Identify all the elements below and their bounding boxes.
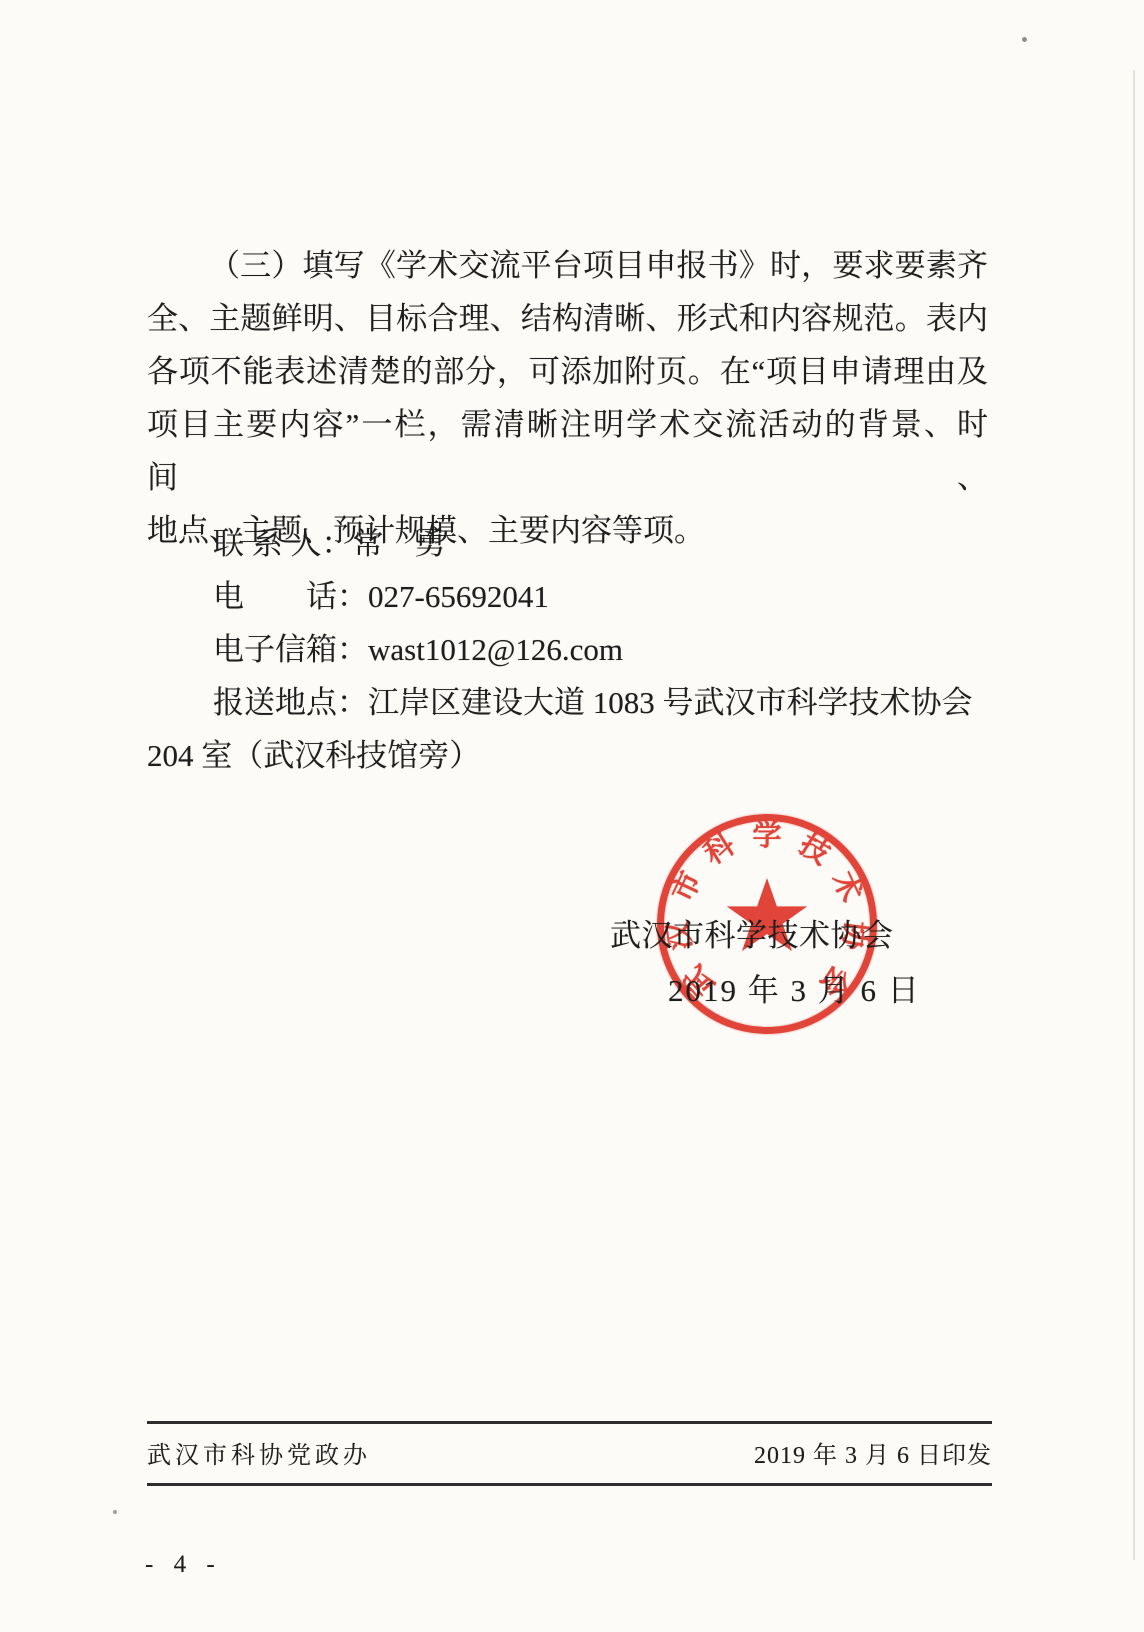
contact-address-label: 报送地点 [213, 685, 337, 720]
scan-dot-artifact [1022, 37, 1027, 42]
footer-rule-bottom [147, 1483, 992, 1486]
seal-ring-char: 术 [824, 864, 869, 909]
contact-phone-label: 电 话 [213, 579, 337, 614]
label-separator: ： [337, 685, 368, 720]
paragraph-line: 全、主题鲜明、目标合理、结构清晰、形式和内容规范。表内 [147, 292, 988, 345]
label-separator: ： [337, 579, 368, 614]
signature-date: 2019 年 3 月 6 日 [668, 972, 921, 1009]
paragraph-line: 各项不能表述清楚的部分，可添加附页。在“项目申请理由及 [147, 345, 988, 398]
scan-edge-artifact [1133, 70, 1135, 1560]
seal-ring-char: 科 [696, 826, 743, 873]
seal-ring-char: 学 [750, 819, 784, 853]
paragraph-line: 项目主要内容”一栏，需清晰注明学术交流活动的背景、时间、 [147, 398, 988, 504]
document-page: （三）填写《学术交流平台项目申报书》时，要求要素齐 全、主题鲜明、目标合理、结构… [0, 0, 1144, 1632]
page-number: - 4 - [145, 1551, 222, 1579]
contact-person-label: 联 系 人 [213, 526, 322, 561]
contact-email-value: wast1012@126.com [368, 632, 623, 667]
contact-phone-value: 027-65692041 [368, 579, 549, 614]
seal-ring-char: 技 [791, 826, 838, 873]
footer-rule-top [147, 1421, 992, 1424]
body-paragraph: （三）填写《学术交流平台项目申报书》时，要求要素齐 全、主题鲜明、目标合理、结构… [147, 239, 988, 557]
contact-address-line: 报送地点：江岸区建设大道 1083 号武汉市科学技术协会 [213, 676, 973, 729]
contact-phone-line: 电 话：027-65692041 [213, 570, 973, 623]
scan-dot-artifact [113, 1510, 117, 1514]
footer-print-date: 2019 年 3 月 6 日印发 [754, 1441, 992, 1471]
contact-email-line: 电子信箱：wast1012@126.com [213, 623, 973, 676]
contact-address-value: 江岸区建设大道 1083 号武汉市科学技术协会 [368, 685, 973, 720]
contact-email-label: 电子信箱 [213, 632, 337, 667]
contact-person-line: 联 系 人：常 勇 [213, 517, 973, 570]
contact-address-line2: 204 室（武汉科技馆旁） [147, 729, 973, 782]
footer-issuing-office: 武汉市科协党政办 [147, 1441, 371, 1471]
contact-person-value: 常 勇 [353, 526, 446, 561]
contact-block: 联 系 人：常 勇 电 话：027-65692041 电子信箱：wast1012… [213, 517, 973, 782]
seal-ring-char: 市 [665, 864, 710, 909]
signature-organization: 武汉市科学技术协会 [610, 917, 894, 954]
label-separator: ： [337, 632, 368, 667]
paragraph-line: （三）填写《学术交流平台项目申报书》时，要求要素齐 [147, 239, 988, 292]
footer: 武汉市科协党政办 2019 年 3 月 6 日印发 [147, 1441, 992, 1471]
label-separator: ： [322, 526, 353, 561]
